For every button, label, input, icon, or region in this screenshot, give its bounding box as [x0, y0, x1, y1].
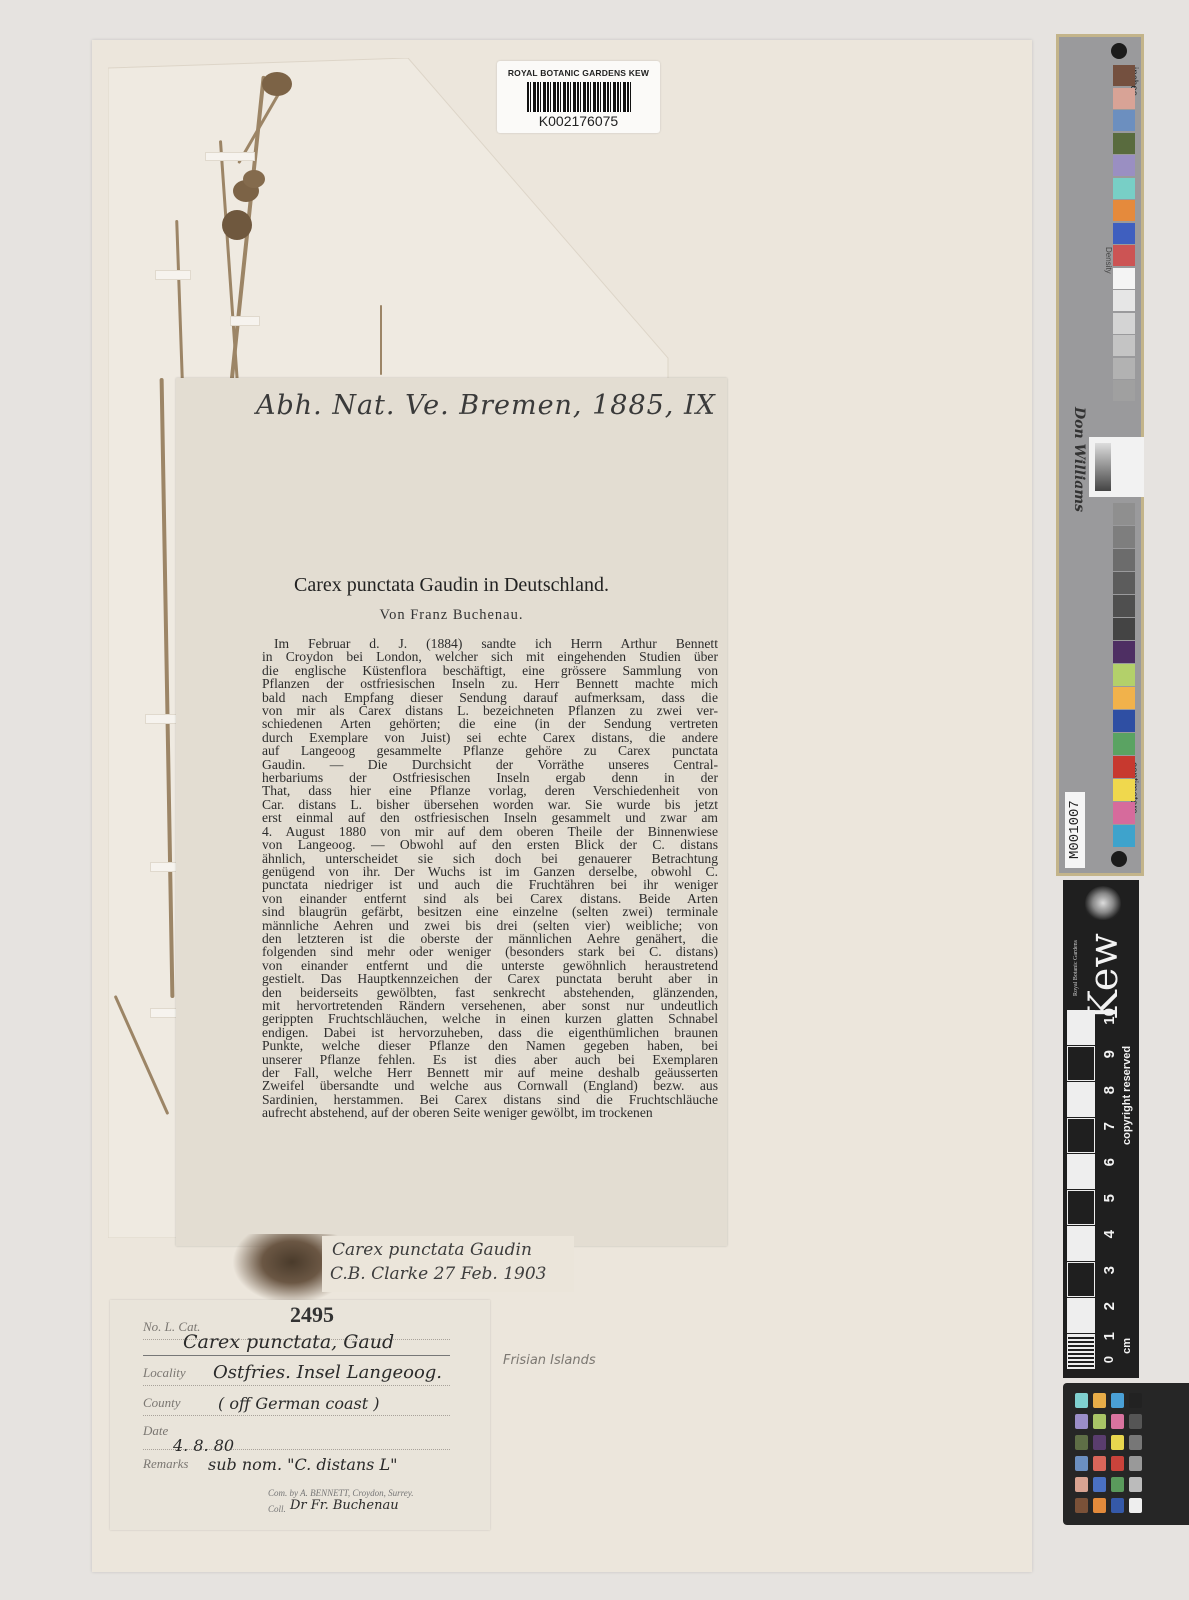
density-label: Density — [1063, 247, 1113, 274]
colour-swatch — [1113, 687, 1135, 709]
colour-swatch — [1113, 245, 1135, 266]
article-line: folgenden sind mehr oder weniger (besond… — [262, 945, 718, 958]
colour-patch — [1093, 1477, 1106, 1492]
colour-swatch — [1113, 88, 1135, 109]
locality-row: Locality Ostfries. Insel Langeoog. — [143, 1360, 450, 1386]
article-line: Punkte, welche dieser Pflanze den Namen … — [262, 1039, 718, 1052]
colour-patch — [1111, 1477, 1124, 1492]
colour-patch — [1129, 1477, 1142, 1492]
scale-number: 10 — [1101, 1008, 1118, 1025]
county-row: County ( off German coast ) — [143, 1390, 450, 1416]
article-line: den letzteren ist die oberste der männli… — [262, 932, 718, 945]
determination-slip: Carex punctata Gaudin C.B. Clarke 27 Feb… — [322, 1236, 574, 1292]
article-line: schiedenen Arten gehörten; die eine (in … — [262, 717, 718, 730]
article-line: endigen. Dabei ist hervorzuheben, dass d… — [262, 1026, 718, 1039]
colour-patch — [1075, 1414, 1088, 1429]
article-line: Pflanzen der ostfriesischen Inseln zu. H… — [262, 677, 718, 690]
county-value: ( off German coast ) — [218, 1394, 379, 1413]
colour-swatch — [1113, 155, 1135, 176]
kew-scale-bar: Kew Royal Botanic Gardens 10 9 8 7 6 5 4… — [1063, 880, 1139, 1378]
colour-patch — [1093, 1414, 1106, 1429]
colour-patch — [1075, 1435, 1088, 1450]
colour-swatch — [1113, 380, 1135, 401]
article-line: von einander entfernt und die unterste g… — [262, 959, 718, 972]
colour-swatch — [1113, 223, 1135, 244]
colour-patch — [1111, 1498, 1124, 1513]
colour-patch — [1093, 1393, 1106, 1408]
article-line: den beiderseits gewölbten, fast senkrech… — [262, 986, 718, 999]
county-field-label: County — [143, 1395, 181, 1411]
date-field-label: Date — [143, 1423, 168, 1439]
species-row: Carex punctata, Gaud — [143, 1330, 450, 1356]
article-line: herbariums der Ostfriesischen Inseln erg… — [262, 771, 718, 784]
colour-swatch — [1113, 549, 1135, 571]
colour-swatch — [1113, 572, 1135, 594]
colour-swatch — [1113, 268, 1135, 289]
article-title: Carex punctata Gaudin in Deutschland. — [176, 574, 727, 597]
handwritten-citation: Abh. Nat. Ve. Bremen, 1885, IX — [256, 390, 716, 421]
colour-swatch — [1113, 779, 1135, 801]
article-line: von einander entfernt sind als bei Carex… — [262, 892, 718, 905]
article-line: aufrecht abstehend, auf der oberen Seite… — [262, 1106, 718, 1119]
colour-swatch — [1113, 313, 1135, 334]
colour-patch — [1129, 1498, 1142, 1513]
colour-swatch — [1113, 200, 1135, 221]
colour-swatch — [1113, 641, 1135, 663]
article-byline: Von Franz Buchenau. — [176, 607, 727, 624]
colour-patch — [1111, 1414, 1124, 1429]
ruler-brand: Don Williams — [1071, 407, 1087, 512]
colour-swatch — [1113, 710, 1135, 732]
colour-patch — [1075, 1393, 1088, 1408]
kew-crest-icon — [1085, 886, 1121, 920]
colour-swatch — [1113, 526, 1135, 548]
locality-field-label: Locality — [143, 1365, 186, 1381]
remarks-row: Remarks sub nom. "C. distans L" — [143, 1450, 450, 1476]
article-line: sind blaugrün gefärbt, besitzen eine ein… — [262, 905, 718, 918]
colour-swatch — [1113, 825, 1135, 847]
colour-swatch — [1113, 503, 1135, 525]
article-line: der Fall, welche Herr Bennett mir auf me… — [262, 1066, 718, 1079]
colour-swatch — [1113, 358, 1135, 379]
copyright-notice: copyright reserved — [1121, 1010, 1133, 1180]
colour-swatch — [1113, 618, 1135, 640]
ruler-hole — [1111, 43, 1127, 59]
colour-patch — [1129, 1393, 1142, 1408]
article-line: mit hervortretenden Rändern versehenen, … — [262, 999, 718, 1012]
colour-swatch — [1113, 595, 1135, 617]
article-line: unserer Pflanze fehlen. Es ist dies aber… — [262, 1053, 718, 1066]
colour-patch — [1111, 1393, 1124, 1408]
colour-swatch — [1113, 178, 1135, 199]
article-line: Car. distans L. bisher übersehen worden … — [262, 798, 718, 811]
kew-sub-brand: Royal Botanic Gardens — [1073, 940, 1079, 996]
colour-patch — [1111, 1435, 1124, 1450]
article-body: Im Februar d. J. (1884) sandte ich Herrn… — [262, 637, 718, 1120]
scale-number: 7 — [1101, 1122, 1118, 1130]
article-line: von Langeoog. — Obwohl auf den ersten Bl… — [262, 838, 718, 851]
article-line: Zweifel übersandte und welche aus Cornwa… — [262, 1079, 718, 1092]
colour-patch — [1075, 1498, 1088, 1513]
species-name: Carex punctata, Gaud — [183, 1331, 394, 1353]
article-line: gerippten Fruchtschläuchen, welche in ei… — [262, 1012, 718, 1025]
article-line: durch Exemplare von Juist) sei echte Car… — [262, 731, 718, 744]
scale-number: 5 — [1101, 1194, 1118, 1202]
article-line: bald nach Empfang dieser Sendung darauf … — [262, 691, 718, 704]
colour-patch — [1093, 1498, 1106, 1513]
scale-number: 3 — [1101, 1266, 1118, 1274]
colour-patch — [1093, 1456, 1106, 1471]
colour-patch — [1129, 1414, 1142, 1429]
published-article-clipping: Abh. Nat. Ve. Bremen, 1885, IX Carex pun… — [176, 378, 727, 1246]
cm-scale-blocks — [1067, 1010, 1097, 1370]
article-line: That, dass hier eine Pflanze vorlag, der… — [262, 784, 718, 797]
colour-reference-ruler: inches Density Don Williams M001007 cent… — [1056, 34, 1144, 876]
colour-swatch — [1113, 756, 1135, 778]
grey-wedge-card — [1089, 437, 1144, 497]
colour-checker-card — [1063, 1383, 1189, 1525]
article-line: Sardinien, herstammen. Bei Carex distans… — [262, 1093, 718, 1106]
colour-swatch — [1113, 133, 1135, 154]
locality-value: Ostfries. Insel Langeoog. — [213, 1362, 442, 1383]
ruler-hole — [1111, 851, 1127, 867]
remarks-value: sub nom. "C. distans L" — [208, 1455, 397, 1474]
colour-swatch — [1113, 65, 1135, 86]
colour-patch — [1129, 1435, 1142, 1450]
unit-label: cm — [1121, 1338, 1133, 1354]
colour-swatch — [1113, 290, 1135, 311]
collector-field-label: Coll. — [268, 1504, 286, 1514]
article-line: gestielt. Das Hauptkennzeichen der Carex… — [262, 972, 718, 985]
colour-swatch — [1113, 733, 1135, 755]
article-line: männliche Aehren und zwei bis drei (selt… — [262, 919, 718, 932]
remarks-field-label: Remarks — [143, 1456, 189, 1472]
barcode-bars — [527, 82, 631, 112]
collector-value: Dr Fr. Buchenau — [290, 1498, 399, 1513]
colour-swatch — [1113, 802, 1135, 824]
article-line: Gaudin. — Die Durchsicht der Vorräthe un… — [262, 758, 718, 771]
article-line: ähnlich, unterscheidet sie sich doch bei… — [262, 852, 718, 865]
colour-swatch — [1113, 664, 1135, 686]
barcode-number: K002176075 — [497, 113, 660, 129]
article-line: 4. August 1880 von mir auf dem oberen Th… — [262, 825, 718, 838]
scale-number: 8 — [1101, 1086, 1118, 1094]
scale-number: 6 — [1101, 1158, 1118, 1166]
kew-logo: Kew — [1081, 920, 1127, 1020]
article-line: punctata niedriger ist und auch die Fruc… — [262, 878, 718, 891]
article-line: in Croydon bei London, welcher sich mit … — [262, 650, 718, 663]
article-line: von mir als Carex distans L. bezeichnete… — [262, 704, 718, 717]
communicated-by: Com. by A. BENNETT, Croydon, Surrey. — [268, 1488, 414, 1498]
colour-swatch — [1113, 335, 1135, 356]
scale-number: 0 — [1101, 1356, 1116, 1363]
institution-name: ROYAL BOTANIC GARDENS KEW — [497, 68, 660, 78]
colour-patch — [1093, 1435, 1106, 1450]
date-row: Date 4. 8. 80 — [143, 1424, 450, 1450]
scale-number: 2 — [1101, 1302, 1118, 1310]
barcode-label: ROYAL BOTANIC GARDENS KEW K002176075 — [497, 61, 660, 133]
colour-patch — [1129, 1456, 1142, 1471]
article-line: die englische Küstenflora beschäftigt, e… — [262, 664, 718, 677]
scale-number: 1 — [1101, 1332, 1118, 1340]
colour-swatch — [1113, 110, 1135, 131]
scale-number: 4 — [1101, 1230, 1118, 1238]
article-line: erst einmal auf den ostfriesischen Insel… — [262, 811, 718, 824]
collection-label: 2495 No. L. Cat. Carex punctata, Gaud Lo… — [110, 1300, 490, 1530]
colour-patch — [1075, 1456, 1088, 1471]
determination-name: Carex punctata Gaudin — [332, 1240, 532, 1260]
determiner-and-date: C.B. Clarke 27 Feb. 1903 — [330, 1264, 547, 1284]
article-line: auf Langeoog gesammelte Pflanze gehöre z… — [262, 744, 718, 757]
sheet-annotation: Frisian Islands — [503, 1353, 596, 1368]
chart-id: M001007 — [1065, 792, 1085, 868]
colour-patch — [1075, 1477, 1088, 1492]
colour-patch — [1111, 1456, 1124, 1471]
article-line: Im Februar d. J. (1884) sandte ich Herrn… — [262, 637, 718, 650]
article-line: genügend von ihr. Der Wuchs ist im Ganze… — [262, 865, 718, 878]
scale-number: 9 — [1101, 1050, 1118, 1058]
